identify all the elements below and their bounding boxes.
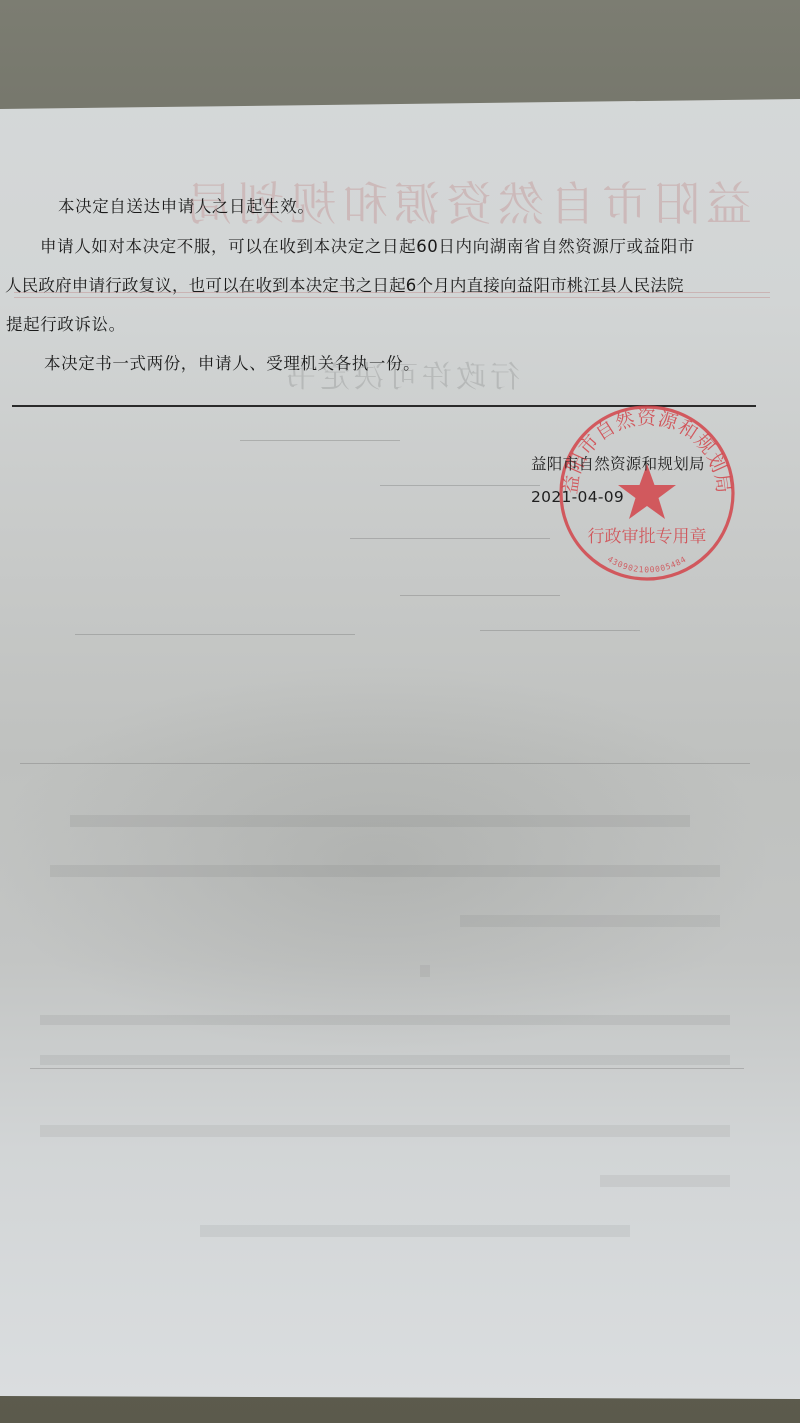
bleed-through-line [20, 763, 750, 764]
paragraph-effective-date: 本决定自送达申请人之日起生效。 [58, 193, 315, 217]
paragraph-appeal-line-3: 提起行政诉讼。 [6, 311, 126, 335]
bleed-through-line [400, 595, 560, 596]
seal-code: 430902100005484 [606, 555, 688, 575]
bleed-through-text-block [40, 795, 730, 1185]
paragraph-copies: 本决定书一式两份，申请人、受理机关各执一份。 [44, 350, 420, 374]
paragraph-appeal-line-2: 人民政府申请行政复议，也可以在收到本决定书之日起6个月内直接向益阳市桃江县人民法… [5, 272, 684, 296]
issuing-organization: 益阳市自然资源和规划局 [531, 452, 705, 474]
bleed-through-line [75, 634, 355, 635]
svg-text:430902100005484: 430902100005484 [606, 555, 688, 575]
document-page: 益阳市自然资源和规划局 行政许可决定书 本决定自送达申请人之日起生效。 申请人如… [0, 0, 800, 1423]
issue-date: 2021-04-09 [531, 488, 624, 506]
bleed-through-red-line [14, 297, 770, 298]
bleed-through-line [380, 485, 540, 486]
bleed-through-line [350, 538, 550, 539]
bleed-through-line [240, 440, 400, 441]
bleed-through-line [480, 630, 640, 631]
paragraph-appeal-line-1: 申请人如对本决定不服，可以在收到本决定之日起60日内向湖南省自然资源厅或益阳市 [40, 233, 695, 257]
seal-label: 行政审批专用章 [588, 526, 707, 547]
